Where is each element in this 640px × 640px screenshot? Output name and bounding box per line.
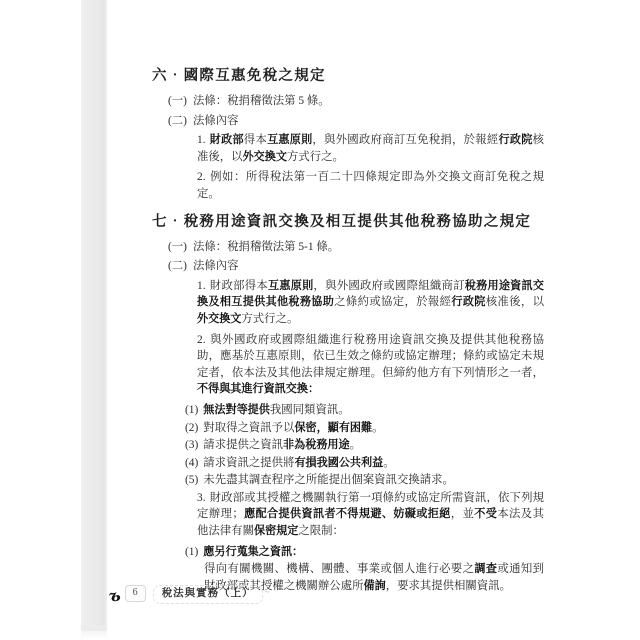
emphasis-text: 行政院 (499, 134, 533, 146)
list-marker: 3. (197, 492, 206, 504)
emphasis-text: 非為稅務用途 (283, 439, 350, 451)
list-marker: (二) (168, 260, 187, 272)
text-block-sub: (4)請求資訊之提供將有損我國公共利益。 (152, 455, 544, 472)
title-tail-mark: ~ (265, 587, 270, 597)
body-text: ，與外國政府或國際組織商訂 (313, 280, 464, 292)
emphasis-text: 不得與其進行資訊交換： (197, 383, 319, 395)
text-block-sub: (3)請求提供之資訊非為稅務用途。 (152, 437, 544, 454)
page-number: 6 (125, 585, 146, 602)
body-text: 。 (372, 422, 383, 434)
emphasis-text: 外交換文 (197, 313, 241, 325)
text-block-paren: (一)法條：稅捐稽徵法第 5-1 條。 (168, 239, 544, 256)
body-text: 方式行之。 (287, 151, 344, 163)
text-block-num: 1.財政部得本互惠原則，與外國政府商訂互免稅捐，於報經行政院核准後，以外交換文方… (152, 132, 544, 165)
body-text: 未先盡其調查程序之所能提出個案資訊交換請求。 (203, 474, 454, 486)
emphasis-text: 有損我國公共利益 (294, 457, 383, 469)
emphasis-text: 保密規定 (254, 525, 298, 537)
list-marker: (1) (185, 404, 198, 416)
list-marker: (一) (168, 241, 187, 253)
section-heading: 七‧稅務用途資訊交換及相互提供其他稅務協助之規定 (152, 212, 544, 232)
list-marker: (3) (185, 439, 198, 451)
text-block-num: 2.例如：所得稅法第一百二十四條規定即為外交換文商訂免稅之規定。 (152, 169, 544, 202)
body-text: 法條內容 (193, 115, 239, 127)
emphasis-text: 不受 (474, 508, 497, 520)
body-text: 與外國政府或國際組織進行稅務用途資訊交換及提供其他稅務協助，應基於互惠原則，依已… (197, 334, 544, 379)
list-marker: (5) (185, 474, 198, 486)
list-marker: 1. (197, 280, 206, 292)
list-marker: 2. (197, 334, 206, 346)
body-text: 方式行之。 (241, 313, 298, 325)
body-text: 對取得之資訊予以 (203, 422, 294, 434)
body-text: ，並 (451, 508, 475, 520)
body-text: 例如：所得稅法第一百二十四條規定即為外交換文商訂免稅之規定。 (197, 171, 544, 200)
emphasis-text: 保密，顯有困難 (294, 422, 372, 434)
body-text: 。 (383, 457, 394, 469)
emphasis-text: 財政部 (210, 134, 244, 146)
body-text: 法條：稅捐稽徵法第 5 條。 (193, 95, 330, 107)
emphasis-text: 互惠原則 (268, 280, 313, 292)
body-text: 請求提供之資訊 (203, 439, 283, 451)
list-marker: 1. (197, 134, 206, 146)
list-marker: 2. (197, 171, 206, 183)
body-text: 得本 (244, 134, 267, 146)
emphasis-text: 應另行蒐集之資訊： (203, 546, 303, 558)
footer-ornament-icon: ъ (108, 587, 121, 604)
text-block-paren: (一)法條：稅捐稽徵法第 5 條。 (168, 93, 544, 110)
text-block-num: 3.財政部或其授權之機關執行第一項條約或協定所需資訊，依下列規定辦理；應配合提供… (152, 490, 544, 540)
body-text: 之條約或協定，於報經 (334, 296, 451, 308)
book-title: 稅法與實務（上） (153, 585, 263, 604)
body-text: 法條內容 (193, 260, 239, 272)
body-text: 。 (350, 439, 361, 451)
list-marker: (4) (185, 457, 198, 469)
page-content: 六‧國際互惠免稅之規定(一)法條：稅捐稽徵法第 5 條。(二)法條內容1.財政部… (152, 66, 544, 594)
body-text: 法條：稅捐稽徵法第 5-1 條。 (193, 241, 339, 253)
body-text: 請求資訊之提供將 (203, 457, 294, 469)
body-text: ，與外國政府商訂互免稅捐，於報經 (312, 134, 498, 146)
list-marker: (2) (185, 422, 198, 434)
text-block-sub: (2)對取得之資訊予以保密，顯有困難。 (152, 420, 544, 437)
body-text: 得向有關機關、機構、團體、事業或個人進行必要之 (204, 563, 474, 575)
body-text: 之限制： (298, 525, 344, 537)
list-marker: (二) (168, 115, 187, 127)
text-block-paren: (二)法條內容 (168, 258, 544, 275)
text-block-sub: (1)應另行蒐集之資訊： (152, 544, 544, 561)
emphasis-text: 調查 (474, 563, 497, 575)
emphasis-text: 備詢 (363, 580, 385, 592)
text-block-sub: (5)未先盡其調查程序之所能提出個案資訊交換請求。 (152, 472, 544, 489)
list-marker: (一) (168, 95, 187, 107)
section-heading: 六‧國際互惠免稅之規定 (152, 66, 544, 86)
body-text: 核准後，以 (486, 296, 544, 308)
emphasis-text: 無法對等提供 (203, 404, 270, 416)
text-block-num: 2.與外國政府或國際組織進行稅務用途資訊交換及提供其他稅務協助，應基於互惠原則，… (152, 332, 544, 398)
list-marker: (1) (185, 546, 198, 558)
text-block-num: 1.財政部得本互惠原則，與外國政府或國際組織商訂稅務用途資訊交換及相互提供其他稅… (152, 278, 544, 328)
scan-gutter-shading (81, 0, 107, 631)
body-text: 我國同類資訊。 (270, 404, 350, 416)
text-block-sub: (1)無法對等提供我國同類資訊。 (152, 402, 544, 419)
text-block-paren: (二)法條內容 (168, 113, 544, 130)
emphasis-text: 外交換文 (243, 151, 287, 163)
emphasis-text: 行政院 (451, 296, 485, 308)
emphasis-text: 應配合提供資訊者不得規避、妨礙或拒絕 (244, 508, 451, 520)
emphasis-text: 互惠原則 (267, 134, 312, 146)
page-footer: ъ 6 稅法與實務（上） ~ (109, 585, 270, 607)
body-text: 財政部得本 (210, 280, 268, 292)
body-text: ，要求其提供相關資訊。 (386, 580, 511, 592)
